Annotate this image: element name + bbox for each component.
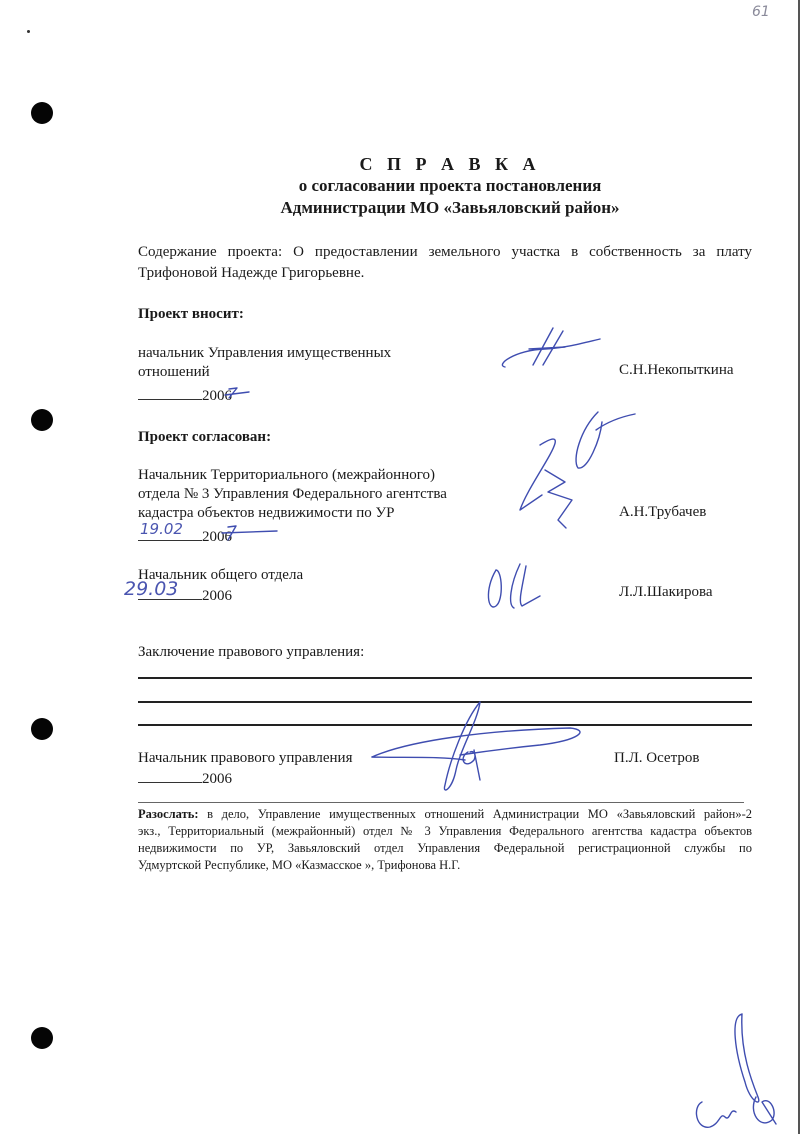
date-year: 2006: [202, 588, 232, 604]
handwritten-correction: [225, 386, 255, 406]
project-content-line: Содержание проекта: О предоставлении зем…: [138, 243, 752, 262]
speck: [27, 30, 30, 33]
approver-name: Л.Л.Шакирова: [619, 583, 713, 602]
approved-heading: Проект согласован:: [138, 428, 271, 447]
signature-nekopytkina: [495, 325, 605, 375]
submitted-by-heading: Проект вносит:: [138, 305, 244, 324]
document-title: С П Р А В К А: [250, 154, 650, 175]
document-subtitle-organization: Администрации МО «Завьяловский район»: [200, 198, 700, 218]
submitter-position: отношений: [138, 363, 210, 382]
date-blank: [138, 768, 202, 783]
conclusion-line: [138, 677, 752, 679]
legal-date: 2006: [138, 768, 232, 789]
date-blank: [138, 385, 202, 400]
legal-conclusion-heading: Заключение правового управления:: [138, 643, 364, 662]
legal-head-name: П.Л. Осетров: [614, 749, 699, 768]
approver-position: отдела № 3 Управления Федерального агент…: [138, 485, 447, 504]
distribution-line: Удмуртской Республике, МО «Казмасское »,…: [138, 857, 752, 874]
submitter-date: 2006: [138, 385, 232, 406]
page-number: 61: [752, 4, 770, 20]
submitter-name: С.Н.Некопыткина: [619, 361, 734, 380]
distribution-label: Разослать:: [138, 807, 199, 821]
distribution-line: недвижимости по УР, Завьяловский отдел У…: [138, 840, 752, 857]
punch-hole: [31, 1027, 53, 1049]
signature-trubachev: [500, 410, 640, 560]
signature-bottom: [690, 1012, 780, 1132]
distribution-line: экз., Территориальный (межрайонный) отде…: [138, 823, 752, 840]
handwritten-date: 29.03: [124, 578, 178, 600]
document-subtitle: о согласовании проекта постановления: [200, 176, 700, 196]
distribution-line: Разослать: в дело, Управление имуществен…: [138, 806, 752, 823]
signature-shakirova: [482, 560, 552, 615]
distribution-text: в дело, Управление имущественных отношен…: [207, 807, 752, 821]
distribution-divider: [138, 802, 744, 803]
punch-hole: [31, 409, 53, 431]
submitter-position: начальник Управления имущественных: [138, 344, 391, 363]
handwritten-date: 19.02: [140, 520, 183, 538]
project-content-line: Трифоновой Надежде Григорьевне.: [138, 264, 752, 283]
signature-osetrov: [370, 700, 600, 795]
punch-hole: [31, 102, 53, 124]
handwritten-correction: [222, 524, 282, 544]
approver-position: Начальник Территориального (межрайонного…: [138, 466, 435, 485]
legal-head-position: Начальник правового управления: [138, 749, 352, 768]
punch-hole: [31, 718, 53, 740]
date-year: 2006: [202, 771, 232, 787]
